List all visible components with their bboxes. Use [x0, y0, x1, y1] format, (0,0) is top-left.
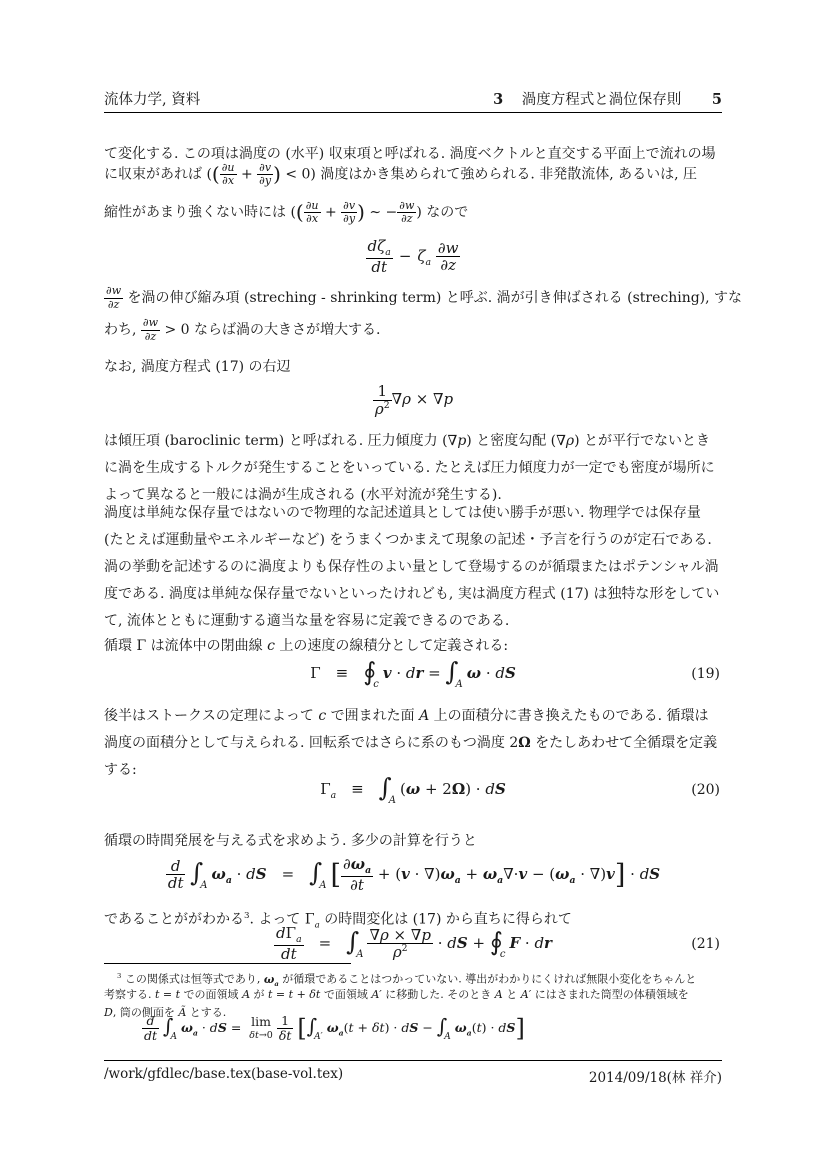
equation-body: Γa≡∫A(ω + 2Ω) · dS: [320, 780, 506, 798]
paragraph-line: に渦を生成するトルクが発生することをいっている. たとえば圧力傾度力が一定でも密…: [104, 455, 715, 482]
footnote-rule: [104, 963, 351, 964]
equation-stretching-term: dζadt−ζa ∂w∂z: [104, 238, 722, 276]
document-page: 流体力学, 資料 3 渦度方程式と渦位保存則 5 て変化する. この項は渦度の …: [0, 0, 826, 1169]
paragraph-line: 後半はストークスの定理によって c で囲まれた面 A 上の面積分に書き換えたもの…: [104, 703, 709, 730]
footer-source-path: /work/gfdlec/base.tex(base-vol.tex): [104, 1066, 343, 1086]
page-body: て変化する. この項は渦度の (水平) 収束項と呼ばれる. 渦度ベクトルと直交す…: [104, 0, 722, 1169]
equation-body: ddt ∫Aωa · dS = limδt→01δt [∫A′ωa(t + δt…: [142, 1020, 525, 1035]
equation-number: (21): [691, 936, 720, 952]
paragraph-line: 循環 Γ は流体中の閉曲線 c 上の速度の線積分として定義される:: [104, 633, 508, 660]
paragraph-line: 縮性があまり強くない時には ((∂u∂x + ∂v∂y) ∼ −∂w∂z) なの…: [104, 199, 468, 227]
footer-rule: [104, 1060, 722, 1061]
equation-baroclinic-term: 1ρ2∇ρ × ∇p: [104, 383, 722, 417]
equation-19: Γ≡∮cv · dr = ∫Aω · dS (19): [104, 659, 722, 690]
paragraph-line: 渦度は単純な保存量ではないので物理的な記述道具としては使い勝手が悪い. 物理学で…: [104, 500, 701, 527]
equation-circulation-evolution: ddt ∫Aωa · dS=∫A[∂ωa∂t + (v · ∇)ωa + ωa∇…: [104, 856, 722, 894]
equation-body: dΓadt=∫A∇ρ × ∇pρ2 · dS + ∮cF · dr: [274, 934, 552, 952]
equation-20: Γa≡∫A(ω + 2Ω) · dS (20): [104, 775, 722, 806]
equation-body: 1ρ2∇ρ × ∇p: [373, 390, 453, 408]
paragraph-line: (たとえば運動量やエネルギーなど) をうまくつかまえて現象の記述・予言を行うのが…: [104, 527, 712, 554]
equation-body: Γ≡∮cv · dr = ∫Aω · dS: [310, 664, 516, 682]
paragraph-line: は傾圧項 (baroclinic term) と呼ばれる. 圧力傾度力 (∇p)…: [104, 428, 710, 455]
equation-body: dζadt−ζa ∂w∂z: [366, 247, 461, 265]
paragraph-line: 渦度の面積分として与えられる. 回転系ではさらに系のもつ渦度 2Ω をたしあわせ…: [104, 730, 717, 757]
paragraph-line: て, 流体とともに運動する適当な量を容易に定義できるのである.: [104, 608, 509, 635]
equation-number: (19): [691, 666, 720, 682]
page-footer: /work/gfdlec/base.tex(base-vol.tex) 2014…: [104, 1066, 722, 1086]
footnote-line: 考察する. t = t での面領域 A が t = t + δt で面領域 A′…: [104, 986, 689, 1003]
paragraph-line: なお, 渦度方程式 (17) の右辺: [104, 354, 291, 381]
paragraph-line: 度である. 渦度は単純な保存量でないといったけれども, 実は渦度方程式 (17)…: [104, 581, 719, 608]
footnote-equation: ddt ∫Aωa · dS = limδt→01δt [∫A′ωa(t + δt…: [104, 1014, 722, 1043]
paragraph-line: ∂w∂z を渦の伸び縮み項 (streching - shrinking ter…: [104, 285, 742, 312]
footer-date-author: 2014/09/18(林 祥介): [589, 1066, 722, 1086]
paragraph-line: 循環の時間発展を与える式を求めよう. 多少の計算を行うと: [104, 828, 477, 855]
paragraph-line: 渦の挙動を記述するのに渦度よりも保存性のよい量として登場するのが循環またはポテン…: [104, 554, 719, 581]
equation-21: dΓadt=∫A∇ρ × ∇pρ2 · dS + ∮cF · dr (21): [104, 925, 722, 963]
equation-body: ddt ∫Aωa · dS=∫A[∂ωa∂t + (v · ∇)ωa + ωa∇…: [166, 865, 660, 883]
paragraph-line: に収束があれば ((∂u∂x + ∂v∂y) < 0) 渦度はかき集められて強め…: [104, 161, 697, 189]
equation-number: (20): [691, 782, 720, 798]
paragraph-line: わち, ∂w∂z > 0 ならば渦の大きさが増大する.: [104, 317, 380, 344]
